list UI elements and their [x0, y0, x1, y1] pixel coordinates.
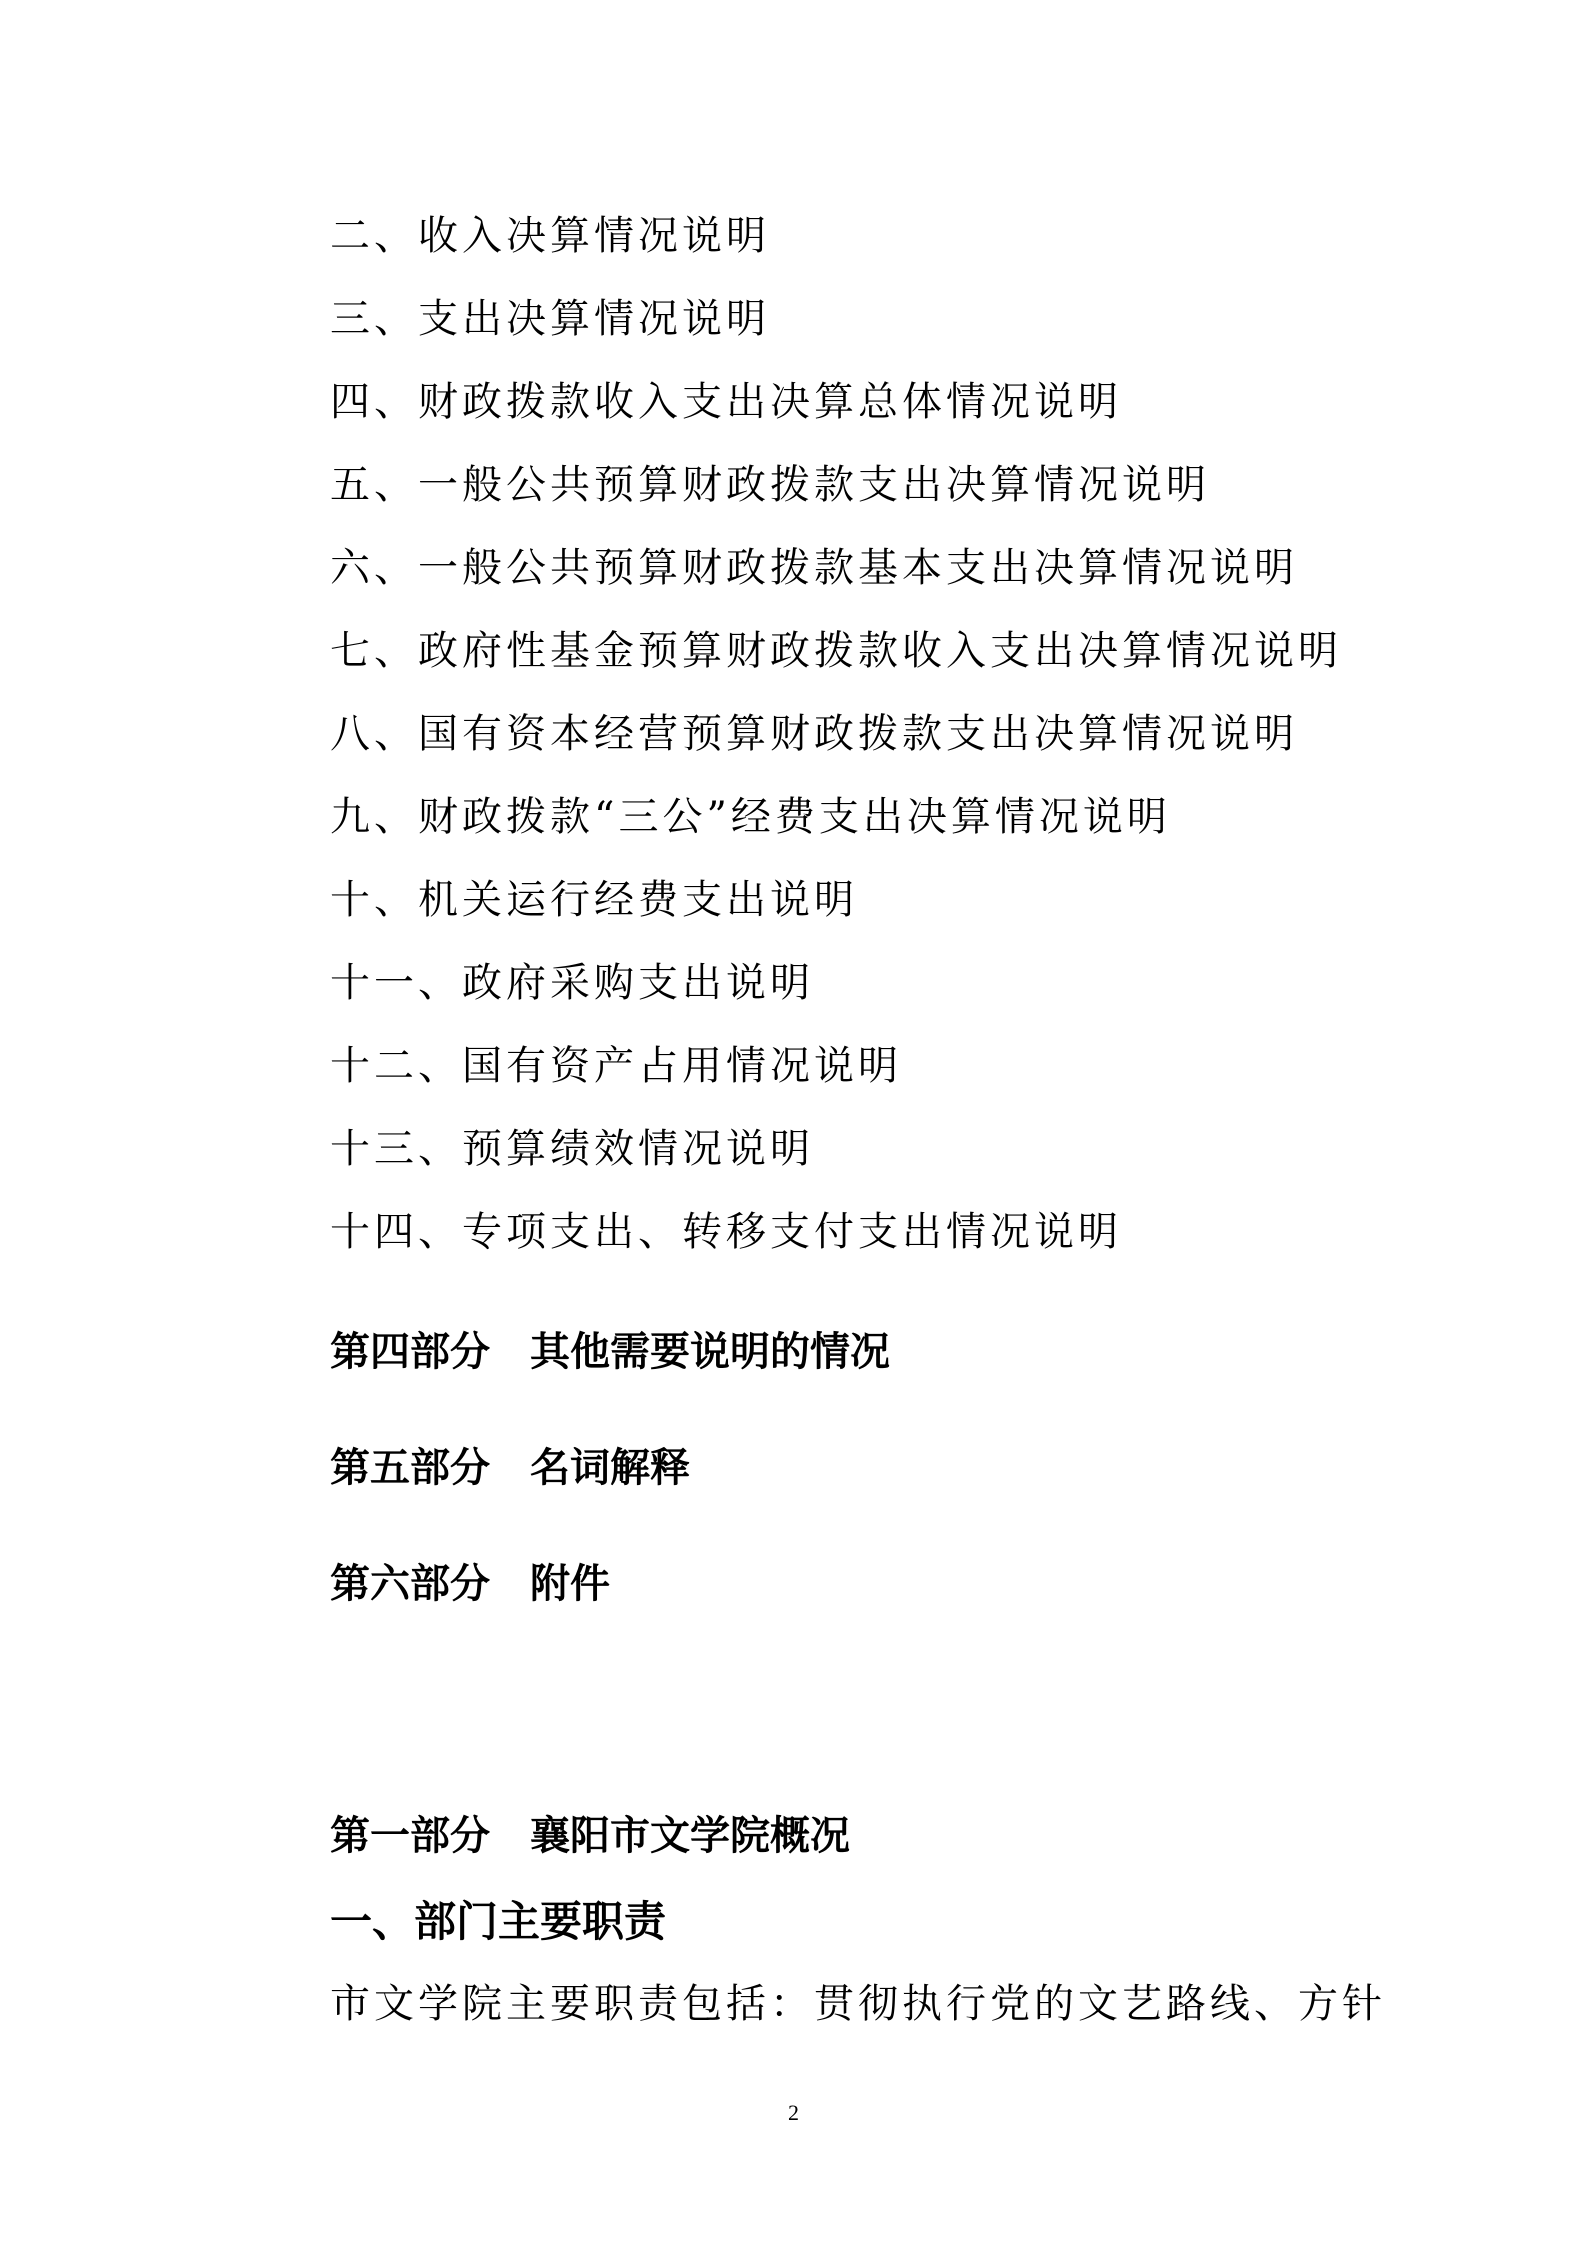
toc-item-12: 十二、国有资产占用情况说明	[330, 1042, 902, 1090]
toc-part-title: 名词解释	[530, 1445, 690, 1491]
part-title: 襄阳市文学院概况	[530, 1813, 850, 1859]
page-number: 2	[0, 2100, 1587, 2126]
toc-part-number: 第六部分	[330, 1561, 490, 1607]
toc-item-5: 五、一般公共预算财政拨款支出决算情况说明	[330, 461, 1210, 509]
toc-part-4: 第四部分其他需要说明的情况	[330, 1328, 890, 1376]
toc-part-5: 第五部分名词解释	[330, 1444, 690, 1492]
part-number: 第一部分	[330, 1813, 490, 1859]
toc-part-number: 第四部分	[330, 1329, 490, 1375]
toc-part-6: 第六部分附件	[330, 1560, 610, 1608]
toc-item-14: 十四、专项支出、转移支付支出情况说明	[330, 1208, 1122, 1256]
toc-item-6: 六、一般公共预算财政拨款基本支出决算情况说明	[330, 544, 1298, 592]
toc-item-4: 四、财政拨款收入支出决算总体情况说明	[330, 378, 1122, 426]
toc-part-title: 其他需要说明的情况	[530, 1329, 890, 1375]
duties-paragraph: 市文学院主要职责包括：贯彻执行党的文艺路线、方针	[330, 1980, 1386, 2028]
toc-item-8: 八、国有资本经营预算财政拨款支出决算情况说明	[330, 710, 1298, 758]
toc-part-number: 第五部分	[330, 1445, 490, 1491]
part-one-heading: 第一部分襄阳市文学院概况	[330, 1812, 850, 1860]
toc-item-11: 十一、政府采购支出说明	[330, 959, 814, 1007]
section-heading-duties: 一、部门主要职责	[330, 1897, 666, 1947]
document-page: 二、收入决算情况说明 三、支出决算情况说明 四、财政拨款收入支出决算总体情况说明…	[0, 0, 1587, 2245]
toc-item-7: 七、政府性基金预算财政拨款收入支出决算情况说明	[330, 627, 1342, 675]
toc-item-2: 二、收入决算情况说明	[330, 212, 770, 260]
toc-part-title: 附件	[530, 1561, 610, 1607]
toc-item-9: 九、财政拨款“三公”经费支出决算情况说明	[330, 793, 1171, 841]
toc-item-3: 三、支出决算情况说明	[330, 295, 770, 343]
toc-item-10: 十、机关运行经费支出说明	[330, 876, 858, 924]
toc-item-13: 十三、预算绩效情况说明	[330, 1125, 814, 1173]
